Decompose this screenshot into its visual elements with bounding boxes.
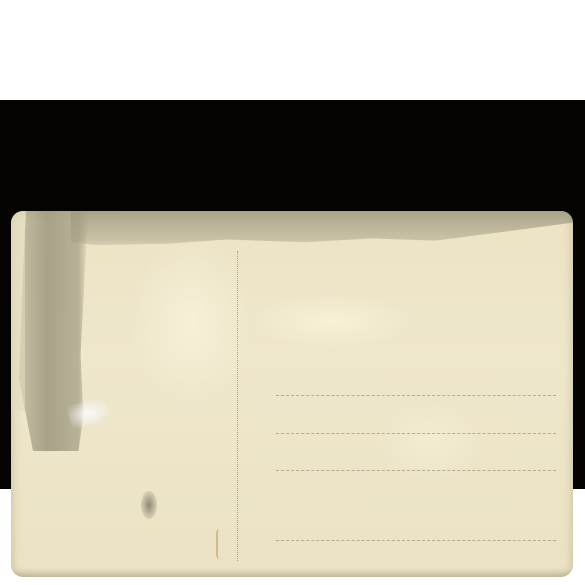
address-line (276, 395, 556, 396)
ink-mark (216, 529, 228, 559)
address-line (276, 470, 556, 471)
left-edge-fade (11, 211, 25, 411)
black-backdrop (0, 100, 585, 489)
top-water-stain (71, 211, 573, 256)
address-line (276, 540, 556, 541)
postcard-divider-line (237, 251, 238, 561)
bottom-edge-shadow (11, 569, 573, 577)
postcard-back (11, 211, 573, 577)
dark-spot (141, 491, 157, 519)
address-line (276, 433, 556, 434)
